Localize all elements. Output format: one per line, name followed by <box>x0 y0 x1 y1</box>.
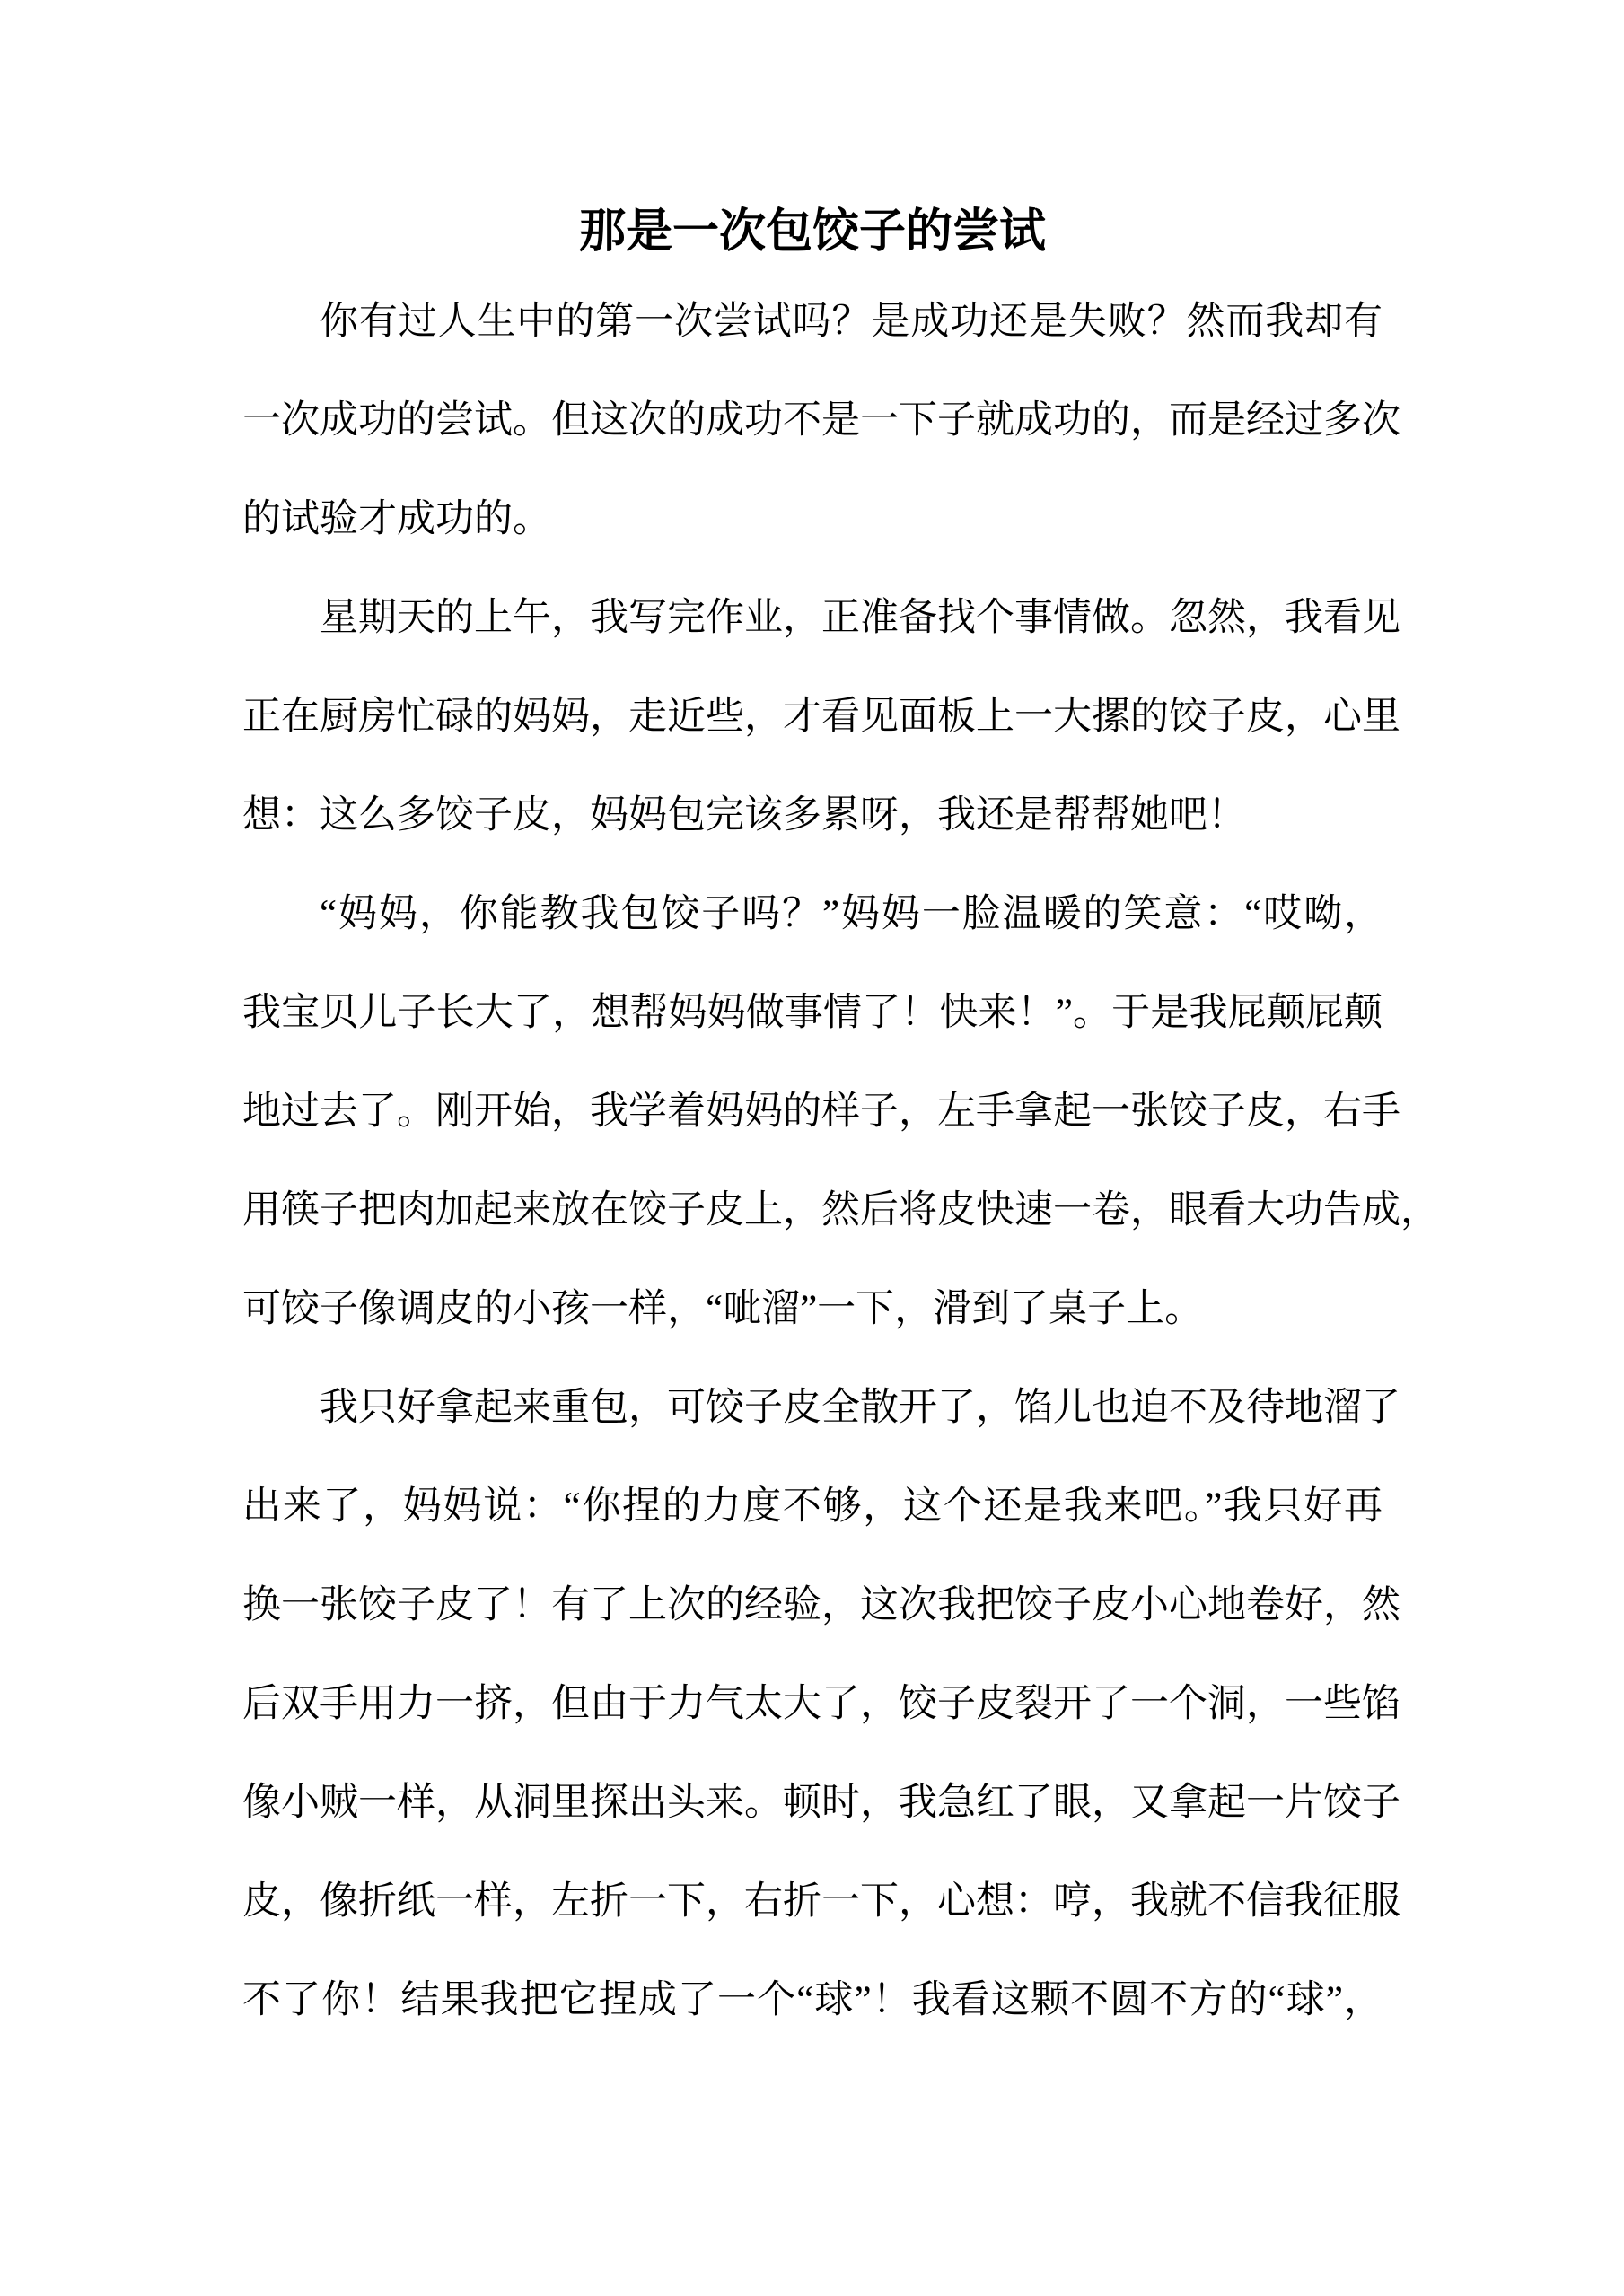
text-line: 我只好拿起来重包，可饺子皮全散开了，馅儿也迫不及待地溜了 <box>242 1359 1383 1458</box>
text-line: 星期天的上午，我写完作业，正准备找个事情做。忽然，我看见 <box>242 569 1383 668</box>
document-page: 那是一次包饺子的尝试 你有过人生中的第一次尝试吗？是成功还是失败？然而我却有一次… <box>0 0 1624 2296</box>
paragraph: 星期天的上午，我写完作业，正准备找个事情做。忽然，我看见正在厨房忙碌的妈妈，走近… <box>242 569 1383 865</box>
text-line: 可饺子像调皮的小孩一样，“呲溜”一下，滑到了桌子上。 <box>242 1260 1383 1359</box>
text-line: 出来了，妈妈说：“你捏的力度不够，这个还是我来吧。”我只好再 <box>242 1458 1383 1556</box>
paragraph: 你有过人生中的第一次尝试吗？是成功还是失败？然而我却有一次成功的尝试。但这次的成… <box>242 273 1383 569</box>
text-line: 换一张饺子皮了！有了上次的经验，这次我把饺子皮小心地卷好，然 <box>242 1556 1383 1655</box>
text-line: 地过去了。刚开始，我学着妈妈的样子，左手拿起一张饺子皮，右手 <box>242 1063 1383 1161</box>
text-line: 你有过人生中的第一次尝试吗？是成功还是失败？然而我却有 <box>242 273 1383 372</box>
paragraph: “妈妈，你能教我包饺子吗？”妈妈一脸温暖的笑意：“哎呦，我宝贝儿子长大了，想帮妈… <box>242 865 1383 1359</box>
text-line: 正在厨房忙碌的妈妈，走近些，才看见面板上一大摞的饺子皮，心里 <box>242 668 1383 767</box>
paragraph: 我只好拿起来重包，可饺子皮全散开了，馅儿也迫不及待地溜了出来了，妈妈说：“你捏的… <box>242 1359 1383 2050</box>
text-line: 用筷子把肉加起来放在饺子皮上，然后将皮快速一卷，眼看大功告成， <box>242 1161 1383 1260</box>
text-line: 一次成功的尝试。但这次的成功不是一下子就成功的，而是经过多次 <box>242 372 1383 470</box>
text-line: 我宝贝儿子长大了，想帮妈妈做事情了！快来！”。于是我屁颠屁颠 <box>242 964 1383 1063</box>
text-line: 想：这么多饺子皮，妈妈包完该多累呀，我还是帮帮她吧！ <box>242 767 1383 865</box>
text-line: 的试验才成功的。 <box>242 470 1383 569</box>
text-line: 像小贼一样，从洞里探出头来。顿时，我急红了眼，又拿起一片饺子 <box>242 1754 1383 1853</box>
document-body: 你有过人生中的第一次尝试吗？是成功还是失败？然而我却有一次成功的尝试。但这次的成… <box>242 273 1383 2050</box>
text-line: 不了你！结果我把它捏成了一个“球”！我看这颗不圆不方的“球”， <box>242 1951 1383 2050</box>
text-line: 皮，像折纸一样，左折一下，右折一下，心想：哼，我就不信我征服 <box>242 1853 1383 1951</box>
text-line: 后双手用力一挤，但由于力气太大了，饺子皮裂开了一个洞，一些馅 <box>242 1655 1383 1754</box>
document-content: 那是一次包饺子的尝试 你有过人生中的第一次尝试吗？是成功还是失败？然而我却有一次… <box>242 190 1383 2050</box>
document-title: 那是一次包饺子的尝试 <box>242 190 1383 273</box>
text-line: “妈妈，你能教我包饺子吗？”妈妈一脸温暖的笑意：“哎呦， <box>242 865 1383 964</box>
